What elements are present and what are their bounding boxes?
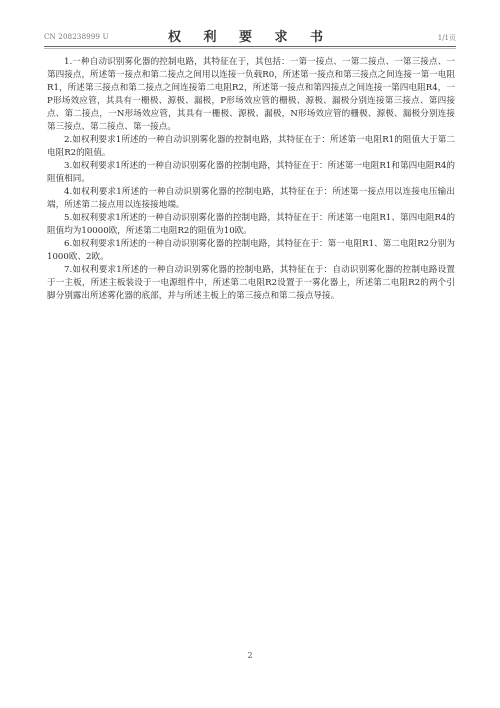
claim-3: 3.如权利要求1所述的一种自动识别雾化器的控制电路，其特征在于：所述第一电阻R1… bbox=[47, 160, 455, 186]
page-header: CN 208238999 U 权 利 要 求 书 1/1页 bbox=[44, 26, 456, 46]
page-number: 2 bbox=[0, 651, 500, 660]
claim-7: 7.如权利要求1所述的一种自动识别雾化器的控制电路，其特征在于：自动识别雾化器的… bbox=[47, 264, 455, 303]
header-divider-thin bbox=[44, 48, 456, 49]
claim-4: 4.如权利要求1所述的一种自动识别雾化器的控制电路，其特征在于：所述第一接点用以… bbox=[47, 186, 455, 212]
claim-6: 6.如权利要求1所述的一种自动识别雾化器的控制电路，其特征在于：第一电阻R1、第… bbox=[47, 238, 455, 264]
claim-1: 1.一种自动识别雾化器的控制电路，其特征在于，其包括：一第一接点、一第二接点、一… bbox=[47, 56, 455, 134]
page-count: 1/1页 bbox=[438, 33, 456, 43]
claims-body: 1.一种自动识别雾化器的控制电路，其特征在于，其包括：一第一接点、一第二接点、一… bbox=[47, 56, 455, 303]
claim-5: 5.如权利要求1所述的一种自动识别雾化器的控制电路，其特征在于：所述第一电阻R1… bbox=[47, 212, 455, 238]
document-title: 权 利 要 求 书 bbox=[44, 26, 456, 45]
claim-2: 2.如权利要求1所述的一种自动识别雾化器的控制电路，其特征在于：所述第一电阻R1… bbox=[47, 134, 455, 160]
header-divider bbox=[44, 46, 456, 47]
